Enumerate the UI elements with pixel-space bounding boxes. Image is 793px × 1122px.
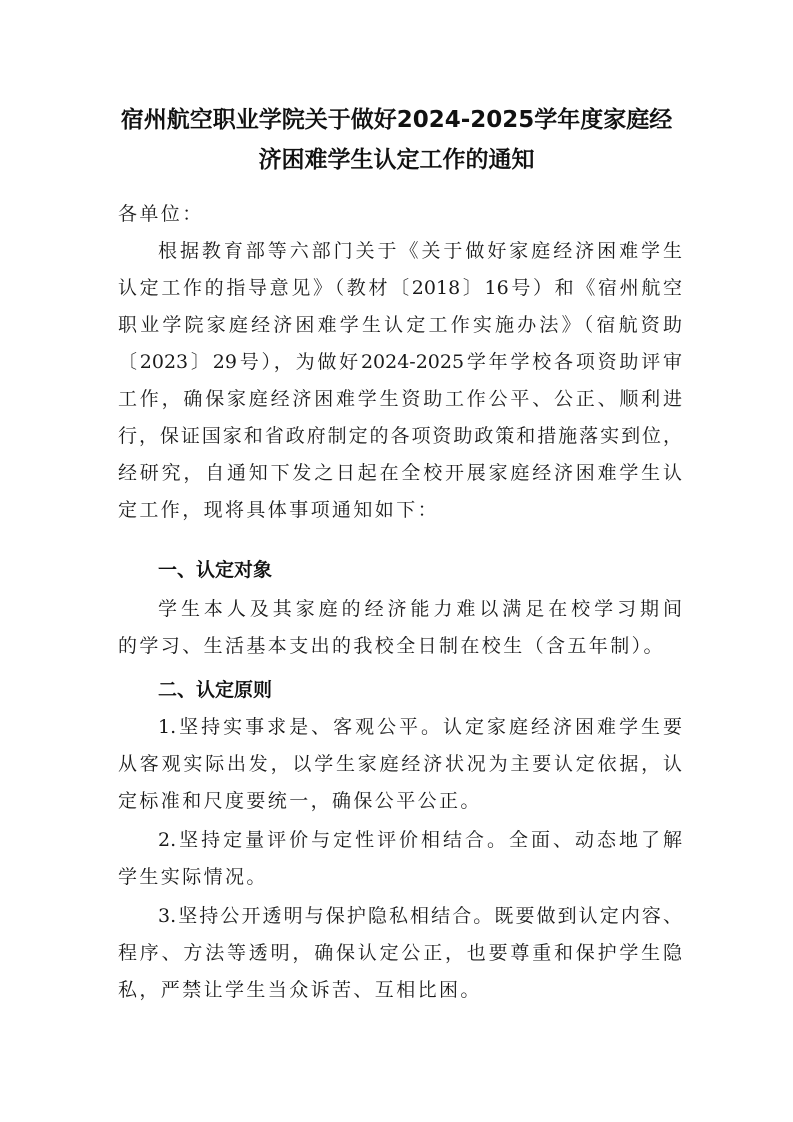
document-title-line-1: 宿州航空职业学院关于做好2024-2025学年度家庭经 — [100, 105, 693, 135]
section-heading-recognition-target: 一、认定对象 — [158, 557, 272, 583]
section-line: 学生实际情况。 — [118, 864, 682, 890]
document-page: 宿州航空职业学院关于做好2024-2025学年度家庭经 济困难学生认定工作的通知… — [0, 0, 793, 1122]
section-line: 定标准和尺度要统一，确保公平公正。 — [118, 788, 682, 814]
intro-line: 〔2023〕29号），为做好2024-2025学年学校各项资助评审 — [118, 349, 682, 375]
section-line: 学生本人及其家庭的经济能力难以满足在校学习期间 — [158, 596, 682, 622]
section-line: 程序、方法等透明，确保认定公正，也要尊重和保护学生隐 — [118, 940, 682, 966]
intro-line: 经研究，自通知下发之日起在全校开展家庭经济困难学生认 — [118, 460, 682, 486]
salutation: 各单位： — [118, 201, 682, 227]
section-line: 的学习、生活基本支出的我校全日制在校生（含五年制）。 — [118, 633, 682, 659]
intro-line: 根据教育部等六部门关于《关于做好家庭经济困难学生 — [158, 238, 682, 264]
section-line: 私，严禁让学生当众诉苦、互相比困。 — [118, 977, 682, 1003]
section-heading-recognition-principles: 二、认定原则 — [158, 677, 272, 703]
intro-line: 认定工作的指导意见》（教材〔2018〕16号）和《宿州航空 — [118, 275, 682, 301]
section-line: 2.坚持定量评价与定性评价相结合。全面、动态地了解 — [158, 827, 682, 853]
intro-line: 工作，确保家庭经济困难学生资助工作公平、公正、顺利进 — [118, 386, 682, 412]
intro-line: 定工作，现将具体事项通知如下： — [118, 497, 682, 523]
section-line: 3.坚持公开透明与保护隐私相结合。既要做到认定内容、 — [158, 903, 682, 929]
document-title-line-2: 济困难学生认定工作的通知 — [100, 145, 693, 175]
intro-line: 行，保证国家和省政府制定的各项资助政策和措施落实到位， — [118, 423, 682, 449]
section-line: 从客观实际出发，以学生家庭经济状况为主要认定依据，认 — [118, 751, 682, 777]
intro-line: 职业学院家庭经济困难学生认定工作实施办法》（宿航资助 — [118, 312, 682, 338]
section-line: 1.坚持实事求是、客观公平。认定家庭经济困难学生要 — [158, 714, 682, 740]
